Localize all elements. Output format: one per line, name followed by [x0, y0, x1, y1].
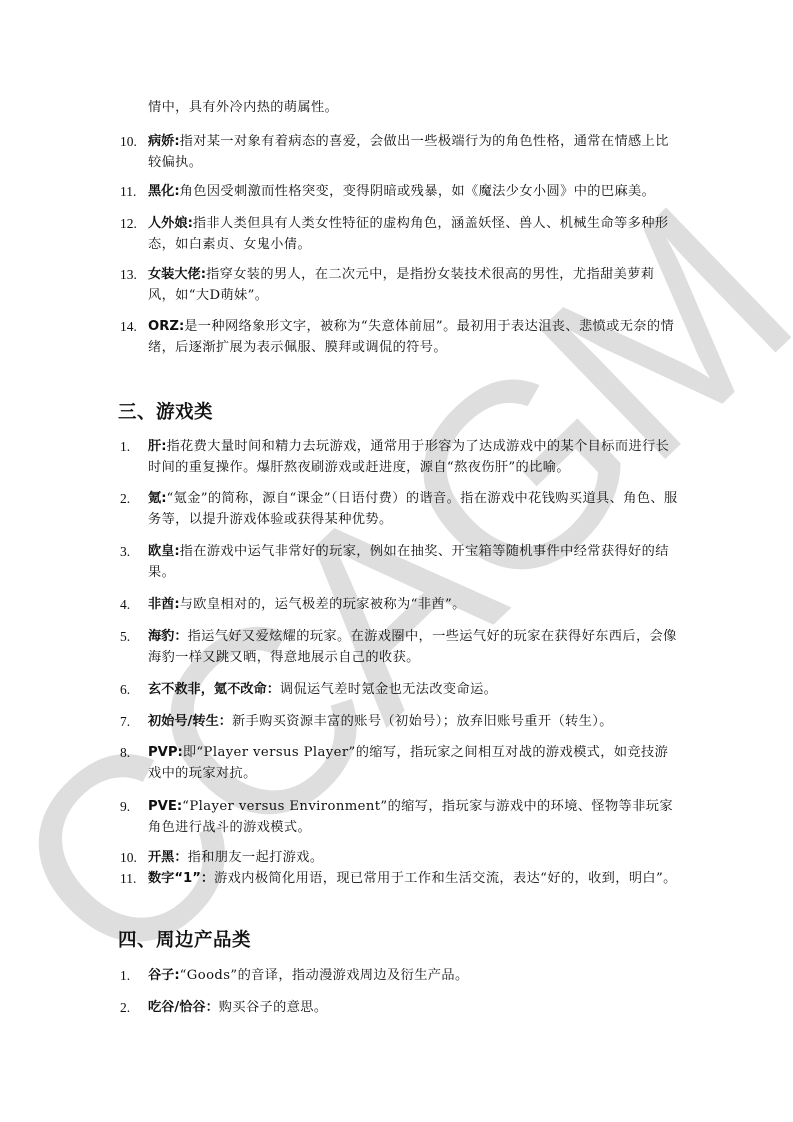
item-term: PVP	[148, 745, 178, 760]
item-term: 黑化	[148, 184, 174, 199]
list-item: 5. 海豹：指运气好又爱炫耀的玩家。在游戏圈中，一些运气好的玩家在获得好东西后，…	[120, 626, 680, 668]
section-heading-games: 三、游戏类	[118, 401, 213, 425]
item-definition: 指非人类但具有人类女性特征的虚构角色，涵盖妖怪、兽人、机械生命等多种形态，如白素…	[148, 216, 668, 252]
item-number: 1.	[120, 965, 148, 986]
item-definition: 角色因受刺激而性格突变，变得阴暗或残暴，如《魔法少女小圆》中的巴麻美。	[180, 184, 656, 199]
item-definition: 与欧皇相对的，运气极差的玩家被称为“非酋”。	[180, 597, 466, 612]
item-number: 12.	[120, 213, 148, 234]
item-number: 10.	[120, 131, 148, 152]
item-term: 玄不救非，氪不改命	[148, 682, 267, 697]
item-term: 初始号/转生	[148, 714, 219, 729]
item-term: 病娇	[148, 134, 174, 149]
list-item: 4. 非酋:与欧皇相对的，运气极差的玩家被称为“非酋”。	[120, 594, 680, 615]
item-number: 9.	[120, 796, 148, 817]
item-term: ORZ	[148, 319, 179, 334]
item-term: 数字“1”	[148, 871, 201, 886]
list-item: 14. ORZ:是一种网络象形文字，被称为“失意体前屈”。最初用于表达沮丧、悲愤…	[120, 316, 680, 358]
item-term: 海豹	[148, 629, 174, 644]
list-item: 10. 开黑：指和朋友一起打游戏。	[120, 847, 680, 868]
item-definition: 指对某一对象有着病态的喜爱，会做出一些极端行为的角色性格，通常在情感上比较偏执。	[148, 134, 669, 170]
list-item: 10. 病娇:指对某一对象有着病态的喜爱，会做出一些极端行为的角色性格，通常在情…	[120, 131, 680, 173]
list-item: 12. 人外娘:指非人类但具有人类女性特征的虚构角色，涵盖妖怪、兽人、机械生命等…	[120, 213, 680, 255]
item-number: 6.	[120, 679, 148, 700]
list-item: 1. 谷子:“Goods”的音译，指动漫游戏周边及衍生产品。	[120, 965, 680, 986]
item-definition: 是一种网络象形文字，被称为“失意体前屈”。最初用于表达沮丧、悲愤或无奈的情绪，后…	[148, 319, 674, 355]
list-item: 1. 肝:指花费大量时间和精力去玩游戏，通常用于形容为了达成游戏中的某个目标而进…	[120, 436, 680, 478]
item-term: 谷子	[148, 968, 174, 983]
document-page: CCAGM 情中，具有外冷内热的萌属性。 10. 病娇:指对某一对象有着病态的喜…	[0, 0, 793, 1122]
item-definition: “氪金”的简称，源自“课金”（日语付费）的谐音。指在游戏中花钱购买道具、角色、服…	[148, 491, 678, 527]
item-number: 3.	[120, 541, 148, 562]
item-term: 人外娘	[148, 216, 188, 231]
item-term: 非酋	[148, 597, 174, 612]
item-number: 4.	[120, 594, 148, 615]
item-definition: 即“Player versus Player”的缩写，指玩家之间相互对战的游戏模…	[148, 745, 668, 781]
item-term: 氪	[148, 491, 161, 506]
item-number: 14.	[120, 316, 148, 337]
list-item: 2. 吃谷/恰谷：购买谷子的意思。	[120, 997, 680, 1018]
item-number: 2.	[120, 997, 148, 1018]
list-item: 11. 黑化:角色因受刺激而性格突变，变得阴暗或残暴，如《魔法少女小圆》中的巴麻…	[120, 181, 680, 202]
item-definition: 指花费大量时间和精力去玩游戏，通常用于形容为了达成游戏中的某个目标而进行长时间的…	[148, 439, 669, 475]
item-number: 13.	[120, 264, 148, 285]
item-definition: 新手购买资源丰富的账号（初始号）；放弃旧账号重开（转生）。	[232, 714, 613, 729]
item-number: 11.	[120, 181, 148, 202]
item-definition: 指和朋友一起打游戏。	[188, 850, 324, 865]
item-definition: “Player versus Environment”的缩写，指玩家与游戏中的环…	[148, 799, 673, 835]
item-definition: 游戏内极简化用语，现已常用于工作和生活交流，表达“好的，收到，明白”。	[214, 871, 677, 886]
item-definition: 调侃运气差时氪金也无法改变命运。	[280, 682, 497, 697]
item-term: 女装大佬	[148, 267, 201, 282]
item-term: 开黑	[148, 850, 174, 865]
list-item: 13. 女装大佬:指穿女装的男人，在二次元中，是指扮女装技术很高的男性，尤指甜美…	[120, 264, 680, 306]
item-number: 2.	[120, 488, 148, 509]
item-definition: 指运气好又爱炫耀的玩家。在游戏圈中，一些运气好的玩家在获得好东西后，会像海豹一样…	[148, 629, 677, 665]
list-item: 3. 欧皇:指在游戏中运气非常好的玩家，例如在抽奖、开宝箱等随机事件中经常获得好…	[120, 541, 680, 583]
item-definition: 指穿女装的男人，在二次元中，是指扮女装技术很高的男性，尤指甜美萝莉风，如“大D萌…	[148, 267, 654, 303]
item-definition: 指在游戏中运气非常好的玩家，例如在抽奖、开宝箱等随机事件中经常获得好的结果。	[148, 544, 669, 580]
list-item: 6. 玄不救非，氪不改命：调侃运气差时氪金也无法改变命运。	[120, 679, 680, 700]
list-item: 9. PVE:“Player versus Environment”的缩写，指玩…	[120, 796, 680, 838]
item-number: 11.	[120, 868, 148, 889]
item-number: 5.	[120, 626, 148, 647]
item-definition: “Goods”的音译，指动漫游戏周边及衍生产品。	[180, 968, 469, 983]
list-item: 7. 初始号/转生：新手购买资源丰富的账号（初始号）；放弃旧账号重开（转生）。	[120, 711, 680, 732]
list-item: 2. 氪:“氪金”的简称，源自“课金”（日语付费）的谐音。指在游戏中花钱购买道具…	[120, 488, 680, 530]
item-number: 10.	[120, 847, 148, 868]
item-term: 欧皇	[148, 544, 174, 559]
section-heading-merch: 四、周边产品类	[118, 929, 251, 953]
list-item: 11. 数字“1”：游戏内极简化用语，现已常用于工作和生活交流，表达“好的，收到…	[120, 868, 680, 889]
page-content: 情中，具有外冷内热的萌属性。 10. 病娇:指对某一对象有着病态的喜爱，会做出一…	[0, 0, 793, 1122]
list-item: 8. PVP:即“Player versus Player”的缩写，指玩家之间相…	[120, 742, 680, 784]
item-number: 1.	[120, 436, 148, 457]
continuation-text: 情中，具有外冷内热的萌属性。	[148, 97, 338, 118]
item-definition: 购买谷子的意思。	[219, 1000, 328, 1015]
item-number: 8.	[120, 742, 148, 763]
item-number: 7.	[120, 711, 148, 732]
item-term: 肝	[148, 439, 161, 454]
item-term: 吃谷/恰谷	[148, 1000, 206, 1015]
item-term: PVE	[148, 799, 177, 814]
